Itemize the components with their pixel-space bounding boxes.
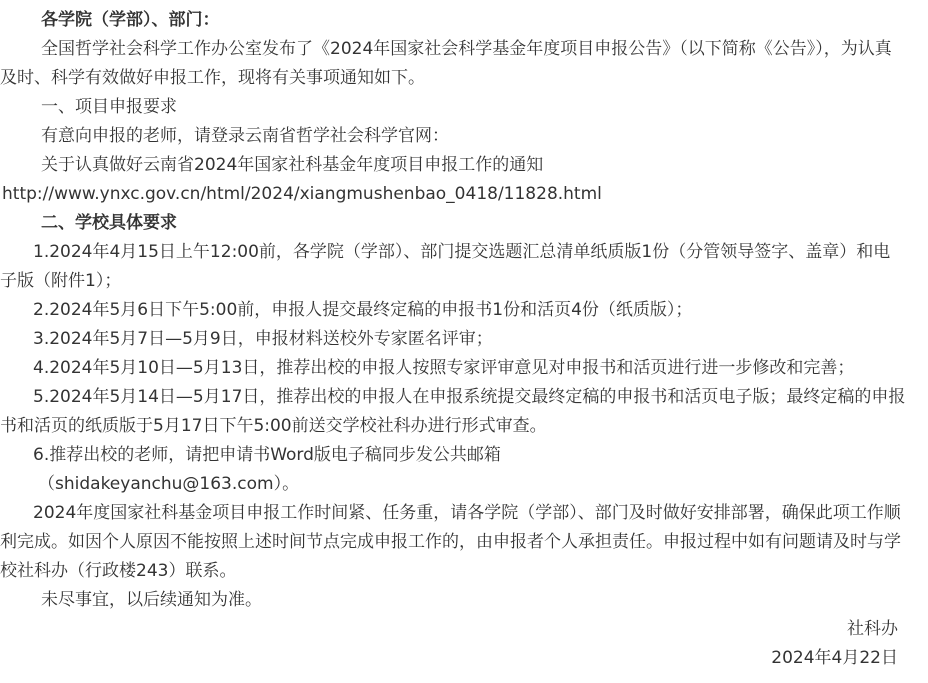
section-1-heading: 一、项目申报要求 <box>0 93 906 122</box>
list-item-5: 5.2024年5月14日—5月17日，推荐出校的申报人在申报系统提交最终定稿的申… <box>0 383 906 441</box>
closing-paragraph: 2024年度国家社科基金项目申报工作时间紧、任务重，请各学院（学部）、部门及时做… <box>0 499 906 586</box>
intro-paragraph: 全国哲学社会科学工作办公室发布了《2024年国家社会科学基金年度项目申报公告》（… <box>0 35 906 93</box>
paragraph: 有意向申报的老师，请登录云南省哲学社会科学官网： <box>0 122 906 151</box>
list-item-4: 4.2024年5月10日—5月13日，推荐出校的申报人按照专家评审意见对申报书和… <box>0 354 906 383</box>
list-item-2: 2.2024年5月6日下午5:00前，申报人提交最终定稿的申报书1份和活页4份（… <box>0 296 906 325</box>
section-2-heading: 二、学校具体要求 <box>0 209 906 238</box>
notice-document: 各学院（学部）、部门：全国哲学社会科学工作办公室发布了《2024年国家社会科学基… <box>0 0 928 683</box>
email-line: （shidakeyanchu@163.com）。 <box>0 470 906 499</box>
url-line: http://www.ynxc.gov.cn/html/2024/xiangmu… <box>0 180 906 209</box>
salutation: 各学院（学部）、部门： <box>0 6 906 35</box>
list-item-6: 6.推荐出校的老师，请把申请书Word版电子稿同步发公共邮箱 <box>0 441 906 470</box>
final-note: 未尽事宜，以后续通知为准。 <box>0 586 906 615</box>
notice-title-line: 关于认真做好云南省2024年国家社科基金年度项目申报工作的通知 <box>0 151 906 180</box>
signature-date: 2024年4月22日 <box>0 644 906 673</box>
list-item-1: 1.2024年4月15日上午12:00前，各学院（学部）、部门提交选题汇总清单纸… <box>0 238 906 296</box>
notice-body: 各学院（学部）、部门：全国哲学社会科学工作办公室发布了《2024年国家社会科学基… <box>0 6 906 673</box>
list-item-3: 3.2024年5月7日—5月9日，申报材料送校外专家匿名评审； <box>0 325 906 354</box>
signature-department: 社科办 <box>0 615 906 644</box>
